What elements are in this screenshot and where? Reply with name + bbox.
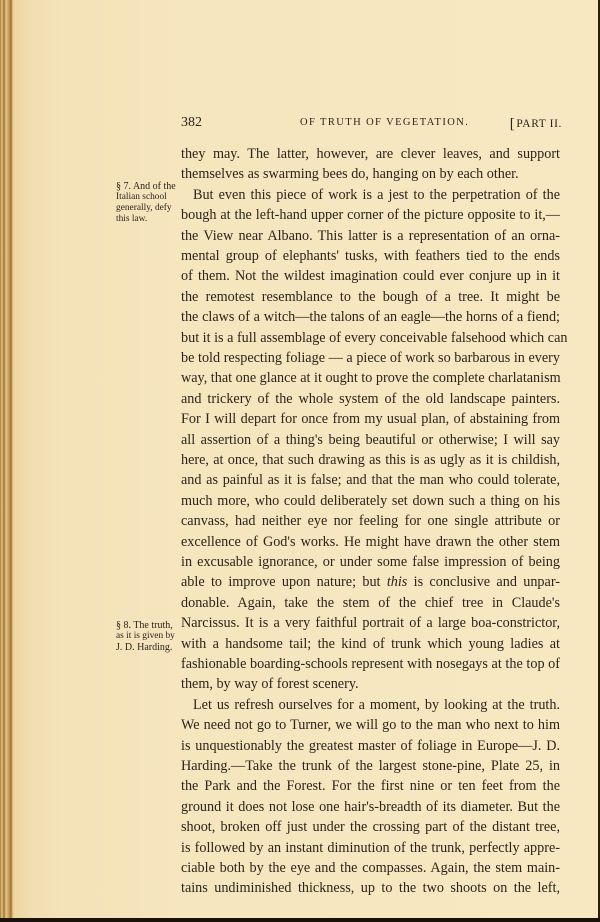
- body-line: canvass, had neither eye nor feeling for…: [181, 511, 560, 531]
- body-line: the claws of a witch—the talons of an ea…: [181, 307, 560, 327]
- sidenote-section-8: § 8. The truth, as it is given by J. D. …: [116, 620, 182, 653]
- body-line: of them. Not the wildest imagination cou…: [181, 266, 560, 286]
- body-line: For I will depart for once from my usual…: [181, 409, 560, 429]
- scan-edge: [0, 918, 600, 922]
- sidenote-line: this law.: [116, 214, 182, 225]
- body-line: But even this piece of work is a jest to…: [181, 185, 560, 205]
- sidenote-line: § 8. The truth,: [116, 620, 182, 631]
- body-line: themselves as swarming bees do, hanging …: [181, 164, 560, 184]
- page-number: 382: [181, 115, 202, 131]
- body-line: Narcissus. It is a very faithful portrai…: [181, 613, 560, 633]
- body-line: in excusable ignorance, or under some fa…: [181, 552, 560, 572]
- body-line: but it is a full assemblage of every con…: [181, 328, 560, 348]
- body-line: here, at once, that such drawing as this…: [181, 450, 560, 470]
- sidenote-line: Italian school: [116, 192, 182, 203]
- body-line: way, that one glance at it ought to prov…: [181, 368, 560, 388]
- body-line: Let us refresh ourselves for a moment, b…: [181, 695, 560, 715]
- body-line: fashionable boarding-schools represent w…: [181, 654, 560, 674]
- sidenote-line: J. D. Harding.: [116, 642, 182, 653]
- book-page: 382 OF TRUTH OF VEGETATION. PART II. § 7…: [0, 0, 600, 922]
- body-line: and as painful as it is false; and that …: [181, 470, 560, 490]
- body-line: is unquestionably the greatest master of…: [181, 736, 560, 756]
- body-line: the Park and the Forest. For the first n…: [181, 776, 560, 796]
- body-line: excellence of God's works. He might have…: [181, 532, 560, 552]
- body-line: be told respecting foliage — a piece of …: [181, 348, 560, 368]
- body-line: ciable both by the eye and the compasses…: [181, 858, 560, 878]
- body-line: shoot, broken off just under the crossin…: [181, 817, 560, 837]
- body-line: is followed by an instant diminution of …: [181, 838, 560, 858]
- body-line: bough at the left-hand upper corner of t…: [181, 205, 560, 225]
- running-title: OF TRUTH OF VEGETATION.: [300, 117, 469, 128]
- body-line: ground it does not lose one hair's-bread…: [181, 797, 560, 817]
- body-line: them, by way of forest scenery.: [181, 674, 560, 694]
- body-line: the View near Albano. This latter is a r…: [181, 226, 560, 246]
- sidenote-section-7: § 7. And of the Italian school generally…: [116, 181, 182, 225]
- body-line: mental group of elephants' tusks, with f…: [181, 246, 560, 266]
- body-line: able to improve upon nature; but this is…: [181, 572, 560, 592]
- part-label: PART II.: [510, 115, 562, 132]
- body-line: they may. The latter, however, are cleve…: [181, 144, 560, 164]
- page-header: 382 OF TRUTH OF VEGETATION. PART II.: [180, 115, 562, 135]
- emphasized-word: this: [387, 574, 408, 590]
- book-spine-edge: [0, 0, 16, 922]
- sidenote-line: § 7. And of the: [116, 181, 182, 192]
- body-line: the remotest resemblance to the bough of…: [181, 287, 560, 307]
- sidenote-line: as it is given by: [116, 631, 182, 642]
- body-line: and trickery of the whole system of the …: [181, 389, 560, 409]
- body-line: with a handsome tail; the kind of trunk …: [181, 634, 560, 654]
- body-line: much more, who could deliberately set do…: [181, 491, 560, 511]
- body-line: tains undiminished thickness, up to the …: [181, 878, 560, 898]
- body-line: all assertion of a thing's being beautif…: [181, 430, 560, 450]
- body-line: Harding.—Take the trunk of the largest s…: [181, 756, 560, 776]
- sidenote-line: generally, defy: [116, 203, 182, 214]
- body-line: We need not go to Turner, we will go to …: [181, 715, 560, 735]
- body-line: donable. Again, take the stem of the chi…: [181, 593, 560, 613]
